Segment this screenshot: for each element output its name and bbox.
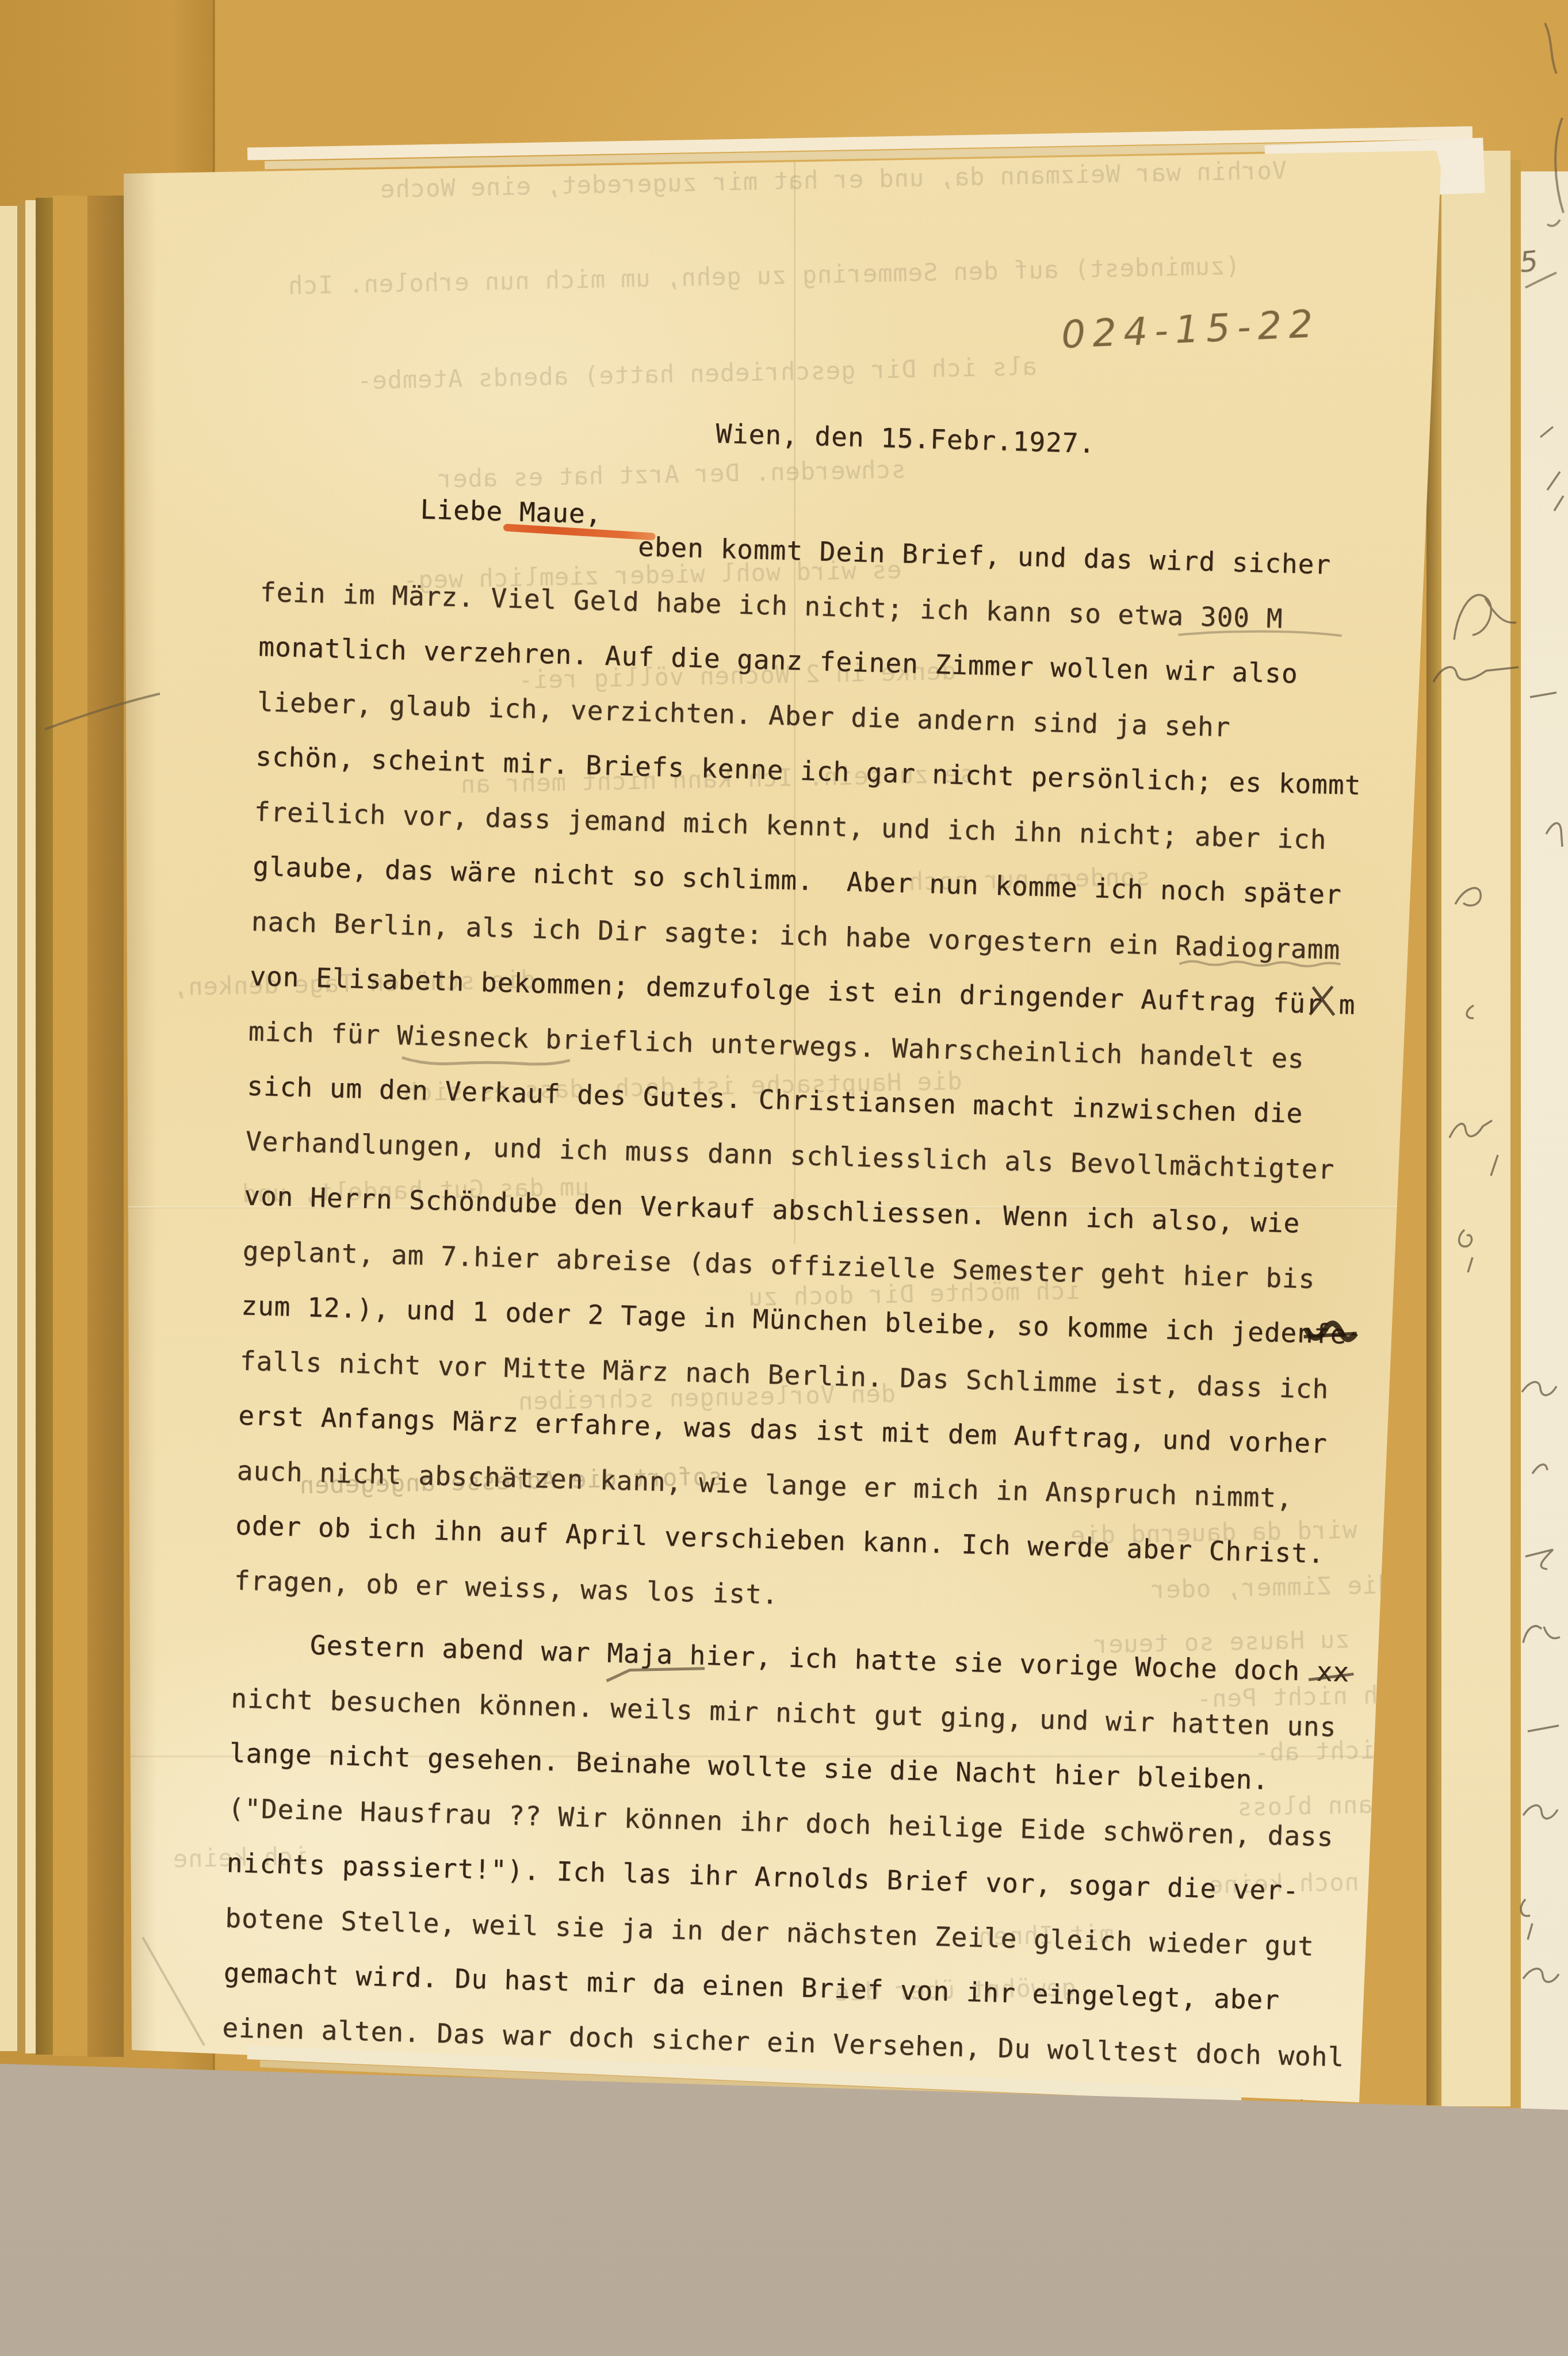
pencil-strikeout-line21 (1309, 1673, 1353, 1681)
archive-number-handwritten: 024-15-22 (1061, 305, 1321, 354)
right-sheet-shadow (1510, 160, 1521, 2108)
left-page-gap-shadow (87, 196, 124, 2057)
pencil-underline-300m (1178, 629, 1341, 640)
archival-letter-photo: Vorhin war Weizmann da, und er hat mir z… (0, 0, 1568, 2356)
left-folder-flap (53, 196, 87, 2056)
ghost-text-fragment: schwerden. Der Arzt hat es aber (437, 456, 907, 492)
ghost-text-fragment: (zumindest) auf den Semmering zu gehn, u… (288, 253, 1241, 300)
ink-strikeout-line9 (1310, 986, 1334, 1015)
pencil-underline-radiogramm (1179, 959, 1340, 968)
right-under-sheet (1441, 151, 1510, 2106)
pencil-underline-wiesneck (402, 1056, 570, 1068)
pencil-underline-maja (607, 1666, 705, 1683)
left-sheet-shadow (36, 198, 53, 2055)
left-sheet-shadow (17, 202, 25, 2052)
typed-text-layer: Wien, den 15.Febr.1927. Liebe Maue, eben… (217, 523, 1389, 2255)
page-number-pencil: 5 (1518, 246, 1539, 277)
right-under-sheet-light (1521, 171, 1568, 2117)
left-sheet-edge (0, 206, 17, 2051)
left-sheet-edge (25, 200, 36, 2053)
salutation: Liebe Maue, (420, 496, 602, 527)
ghost-text-fragment: als ich Dir geschrieben hatte) abends At… (357, 354, 1038, 395)
dateline: Wien, den 15.Febr.1927. (716, 420, 1096, 457)
letter-page: Vorhin war Weizmann da, und er hat mir z… (124, 151, 1441, 2106)
pencil-marks-layer (217, 523, 1389, 2255)
